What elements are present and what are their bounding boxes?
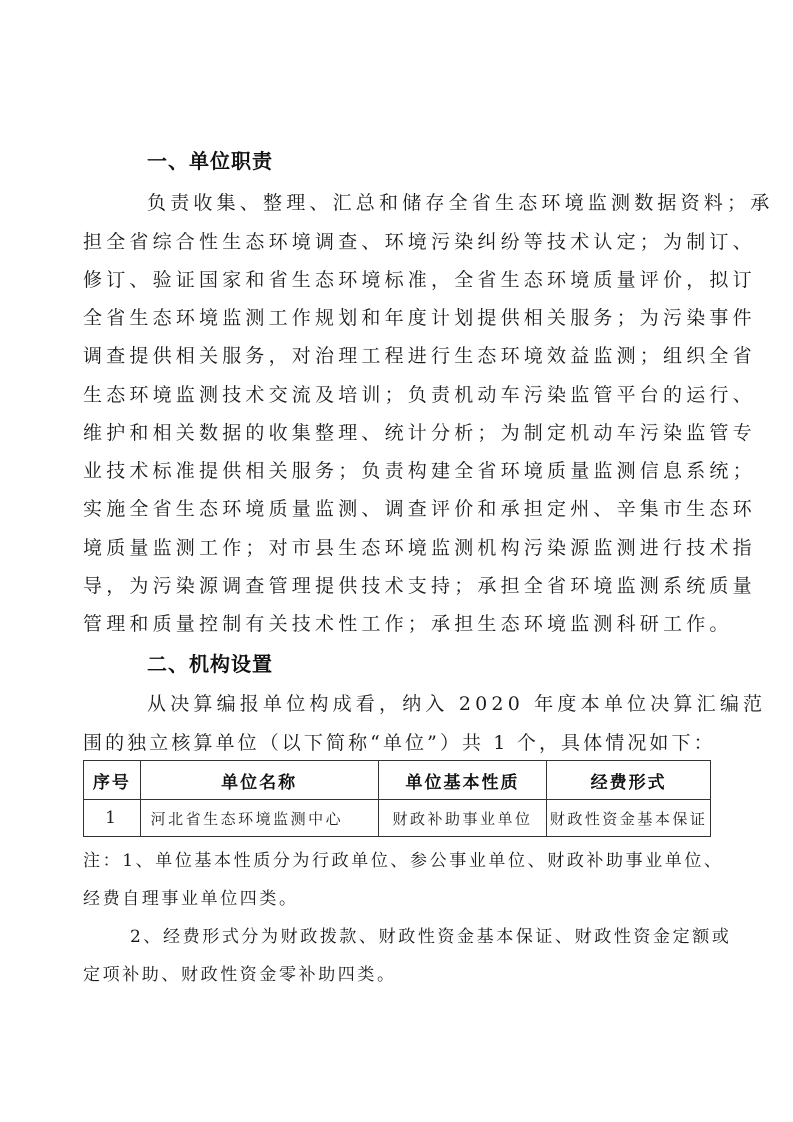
cell-unit-nature: 财政补助事业单位 (378, 800, 547, 837)
section-heading-responsibilities: 一、单位职责 (147, 149, 273, 173)
column-header-unit-nature: 单位基本性质 (378, 761, 547, 800)
section-heading-organization: 二、机构设置 (147, 652, 273, 676)
paragraph-line: 实施全省生态环境质量监测、调查评价和承担定州、辛集市生态环 (83, 497, 715, 521)
paragraph-line: 负责收集、整理、汇总和储存全省生态环境监测数据资料；承 (147, 191, 715, 215)
column-header-unit-name: 单位名称 (140, 761, 378, 800)
paragraph-line: 从决算编报单位构成看，纳入 2020 年度本单位决算汇编范 (147, 692, 715, 716)
note-line: 经费自理事业单位四类。 (83, 888, 299, 910)
table-header-row: 序号 单位名称 单位基本性质 经费形式 (84, 761, 711, 800)
column-header-index: 序号 (84, 761, 141, 800)
paragraph-line: 维护和相关数据的收集整理、统计分析；为制定机动车污染监管专 (83, 421, 715, 445)
paragraph-line: 生态环境监测技术交流及培训；负责机动车污染监管平台的运行、 (83, 383, 715, 407)
table-row: 1 河北省生态环境监测中心 财政补助事业单位 财政性资金基本保证 (84, 800, 711, 837)
document-page: 一、单位职责 负责收集、整理、汇总和储存全省生态环境监测数据资料；承 担全省综合… (0, 0, 793, 1122)
units-table: 序号 单位名称 单位基本性质 经费形式 1 河北省生态环境监测中心 财政补助事业… (83, 760, 711, 837)
cell-index: 1 (84, 800, 141, 837)
paragraph-line: 管理和质量控制有关技术性工作；承担生态环境监测科研工作。 (83, 612, 715, 636)
paragraph-line: 担全省综合性生态环境调查、环境污染纠纷等技术认定；为制订、 (83, 230, 715, 254)
note-line: 2、经费形式分为财政拨款、财政性资金基本保证、财政性资金定额或 (130, 926, 731, 948)
note-line: 定项补助、财政性资金零补助四类。 (83, 964, 397, 986)
note-line: 注：1、单位基本性质分为行政单位、参公事业单位、财政补助事业单位、 (83, 850, 724, 872)
paragraph-line: 境质量监测工作；对市县生态环境监测机构污染源监测进行技术指 (83, 536, 715, 560)
paragraph-line: 修订、验证国家和省生态环境标准，全省生态环境质量评价，拟订 (83, 268, 715, 292)
paragraph-line: 全省生态环境监测工作规划和年度计划提供相关服务；为污染事件 (83, 306, 715, 330)
paragraph-line: 业技术标准提供相关服务；负责构建全省环境质量监测信息系统； (83, 459, 715, 483)
paragraph-line: 导，为污染源调查管理提供技术支持；承担全省环境监测系统质量 (83, 574, 715, 598)
paragraph-line: 调查提供相关服务，对治理工程进行生态环境效益监测；组织全省 (83, 344, 715, 368)
column-header-funding-type: 经费形式 (547, 761, 711, 800)
paragraph-line: 围的独立核算单位（以下简称“单位”）共 1 个，具体情况如下： (83, 731, 715, 755)
cell-funding-type: 财政性资金基本保证 (547, 800, 711, 837)
cell-unit-name: 河北省生态环境监测中心 (140, 800, 378, 837)
